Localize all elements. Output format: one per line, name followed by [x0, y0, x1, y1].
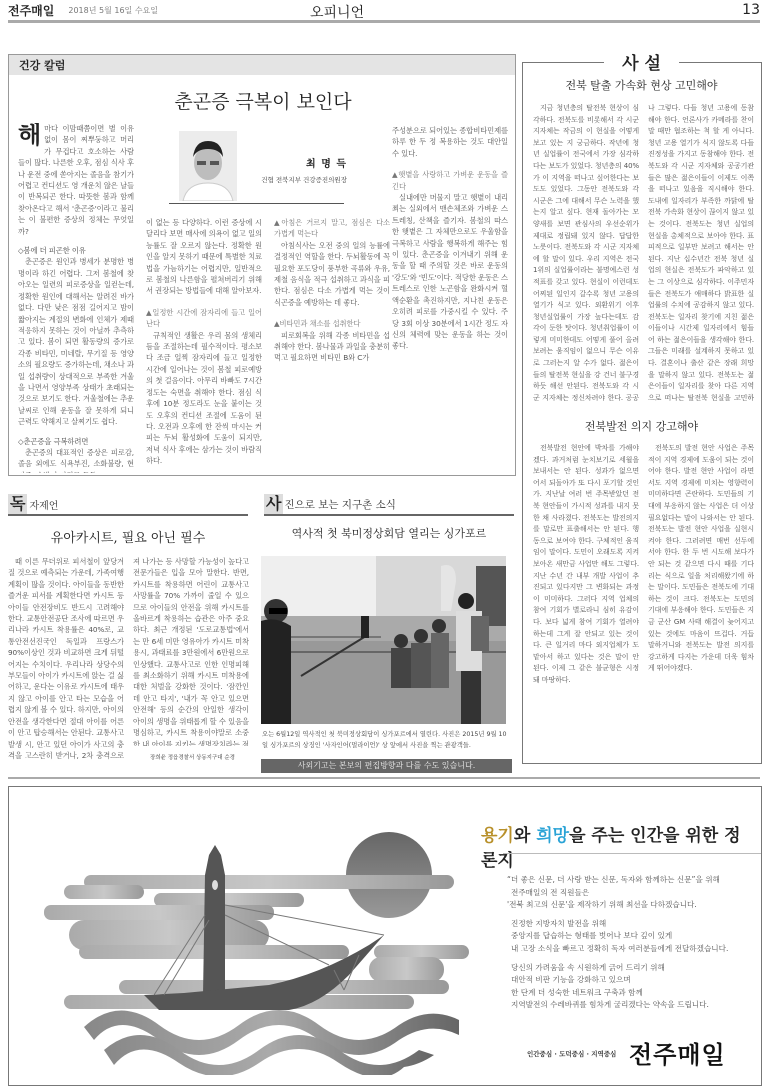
ad-group-1: “더 좋은 신문, 더 사랑 받는 신문, 독자와 함께하는 신문”을 위해 전… [507, 874, 757, 912]
drop-cap: 해 [18, 123, 41, 147]
op-ed-disclaimer: 사외기고는 본보의 편집방향과 다를 수도 있습니다. [261, 759, 512, 773]
ad-body: “더 좋은 신문, 더 사랑 받는 신문, 독자와 함께하는 신문”을 위해 전… [507, 874, 757, 1012]
pen-ship-illustration-icon [19, 805, 479, 1075]
ship-illustration [19, 805, 479, 1075]
author-title: 건협 전북지부 건강증진의원장 [255, 175, 347, 184]
editorial-box: 사 설 전북 탈출 가속화 현상 고민해야 지금 청년층의 탈전북 현상이 심각… [522, 62, 762, 764]
editorial-article2-col1: 전북발전 현안에 박차를 가해야 겠다. 과거처럼 눈치보기로 세월을 보내서는… [533, 443, 639, 759]
editorial-header: 사 설 [523, 49, 760, 74]
world-photo-tag: 사 진으로 보는 지구촌 소식 [264, 494, 514, 516]
health-column-header: 건강 칼럼 [9, 55, 515, 75]
editorial-article1-col2: 나 그렇다. 다들 청년 고용에 동참해야 한다. 언론사가 카메라를 찬이 말… [648, 103, 754, 401]
singapore-photo [261, 556, 506, 724]
health-col2: 이 없는 등 다양하다. 이런 증상에 시달리다 보면 매사에 의욕이 없고 일… [146, 217, 262, 475]
health-column: 건강 칼럼 춘곤증 극복이 보인다 해마다 이맘때쯤이면 별 이유 없이 몸이 … [8, 54, 516, 476]
masthead-date: 2018년 5월 16일 수요일 [68, 5, 158, 16]
merlion-photo-icon [261, 556, 506, 724]
world-photo-title: 역사적 첫 북미정상회담 열리는 싱가포르 [264, 525, 514, 541]
headline-courage: 용기 [481, 826, 514, 846]
masthead-divider [8, 20, 760, 23]
editorial-article2-title: 전북발전 의지 강고해야 [523, 418, 760, 434]
reader-proposal-title: 유아카시트, 필요 아닌 필수 [8, 527, 248, 546]
page-number: 13 [742, 2, 760, 18]
world-photo-caption: 오는 6월12일 역사적인 첫 북미정상회담이 싱가포르에서 열린다. 사진은 … [262, 729, 510, 751]
reader-col2: 져 나가는 등 사망할 가능성이 높다고 전문가들은 입을 모아 말한다. 반면… [133, 556, 249, 746]
health-col4: 주성분으로 되어있는 종합비타민제를 하루 한 두 정 복용하는 것도 대안일 … [392, 125, 508, 475]
masthead-brand: 전주매일 [8, 2, 54, 19]
author-photo [179, 131, 237, 201]
health-column-title: 춘곤증 극복이 보인다 [9, 87, 517, 114]
editorial-article1-col1: 지금 청년층의 탈전북 현상이 심각하다. 전북도를 비롯해서 각 시군 지자체… [533, 103, 639, 401]
ad-logo: 전주매일 [629, 1035, 726, 1070]
ad-group-3: 당신의 가려움을 속 시원하게 긁어 드리기 위해 대안적 비판 기능을 강화하… [507, 962, 757, 1012]
headline-hope: 희망 [536, 826, 569, 846]
reader-byline: 장희윤 정읍경찰서 상동지구대 순경 [150, 753, 260, 761]
health-col1: 해마다 이맘때쯤이면 별 이유 없이 몸이 찌뿌둥하고 머리가 무겁다고 호소하… [18, 123, 134, 473]
editorial-article2-col2: 전북도의 발전 현안 사업은 주목적이 지역 경제에 도움이 되는 것이어야 한… [648, 443, 754, 759]
editorial-article1-title: 전북 탈출 가속화 현상 고민해야 [523, 77, 760, 93]
health-col3: ▲아침은 거르지 말고, 점심은 다소 가볍게 먹는다 아침식사는 오전 중의 … [274, 217, 390, 475]
ad-slogan: 인간중심 · 도덕중심 · 지역중심 [527, 1049, 616, 1058]
ad-headline: 용기와 희망을 주는 인간을 위한 정론지 [481, 821, 751, 871]
section-title: 오피니언 [310, 2, 364, 22]
bottom-divider [8, 777, 760, 779]
ad-box: 용기와 희망을 주는 인간을 위한 정론지 “더 좋은 신문, 더 사랑 받는 … [8, 786, 762, 1086]
reader-col1: 때 이른 무더위로 피서철이 앞당겨질 것으로 예측되는 가운데, 가족여행 계… [8, 556, 124, 760]
author-rule [169, 203, 344, 204]
author-name: 최 명 득 [277, 155, 347, 170]
ad-headline-rule [503, 853, 761, 854]
ad-group-2: 진정한 지방자치 발전을 위해 중앙지를 답습하는 형태를 벗어나 보다 깊이 … [507, 918, 757, 956]
author-portrait-icon [179, 131, 237, 201]
reader-proposal-tag: 독 자제언 [8, 494, 248, 516]
